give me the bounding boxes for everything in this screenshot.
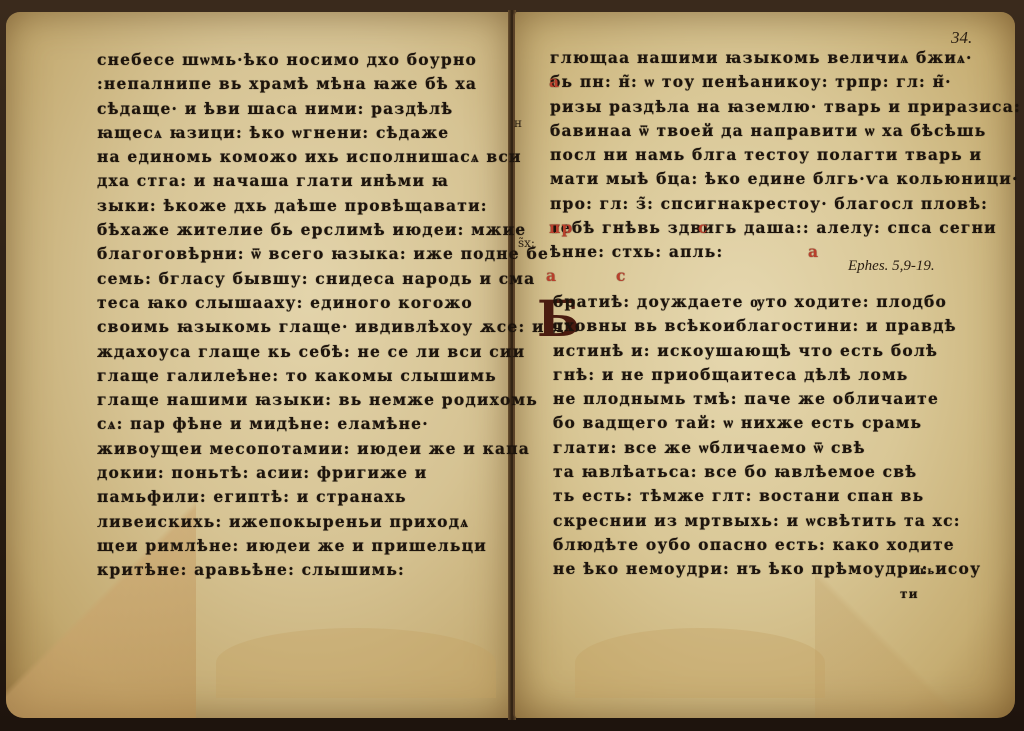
text-line: :непалнипе вь храмѣ мѣна ꙗже бѣ ха [97, 72, 581, 96]
text-line: дха стга: и начаша глати инѣми ꙗ [97, 169, 581, 193]
text-line: бавинаа ѿ твоей да направити ѡ ха бѣсѣшь [550, 119, 1024, 143]
catchword: ти [900, 582, 919, 606]
text-line: щеи римлѣне: июдеи же и пришельци [97, 534, 581, 558]
text-line: гнѣ: и не приобщаитеса дѣлѣ ломь [553, 363, 981, 387]
water-stain [575, 628, 825, 698]
text-line: глющаа нашими ꙗзыкомь величиѧ бжиѧ· [550, 46, 1024, 70]
text-line: ждахоуса глаще кь себѣ: не се ли вси сии [97, 340, 581, 364]
rubric-letter: а [546, 264, 557, 288]
text-line: про: гл: з̃: спсигнакрестоу· благосл пло… [550, 192, 1024, 216]
text-line: на единомь коможо ихь исполнишасѧ вси [97, 145, 581, 169]
text-line: бь пн: н̃: ѡ тоу пенѣаникоу: трпр: гл: н… [550, 70, 1024, 94]
folio-number: 34. [951, 28, 972, 48]
rubric-letter: а [808, 240, 819, 264]
margin-mark: н [514, 116, 522, 130]
text-line: ꙗщесѧ ꙗзици: ѣко ѡгнени: сѣдаже [97, 121, 581, 145]
open-manuscript: снебесе шѡмь·ѣко носимо дхо боурно :непа… [0, 0, 1024, 731]
text-line: живоущеи месопотамии: июдеи же и капа [97, 437, 581, 461]
text-line: памьфили: египтѣ: и странахь [97, 485, 581, 509]
rubric-letter: с [616, 264, 627, 288]
text-line: зыки: ѣкоже дхь даѣше провѣщавати: [97, 194, 581, 218]
text-line: снебесе шѡмь·ѣко носимо дхо боурно [97, 48, 581, 72]
text-line: бо вадщего тай: ѡ нихже есть срамь [553, 411, 981, 435]
text-line: ризы раздѣла на ꙗземлю· тварь и приразис… [550, 95, 1024, 119]
rubric-letter: а [549, 70, 560, 94]
text-line: скреснии из мртвыхь: и ѡсвѣтить та хс: [553, 509, 981, 533]
text-line: та ꙗвлѣатьса: все бо ꙗвлѣемое свѣ [553, 460, 981, 484]
text-line: ливеискихь: ижепокыреньи приходѧ [97, 510, 581, 534]
text-line: блюдѣте оубо опасно есть: како ходите [553, 533, 981, 557]
text-line: не плоднымь тмѣ: паче же обличаите [553, 387, 981, 411]
scripture-reference-annotation: Ephes. 5,9-19. [848, 258, 935, 275]
text-line: тебѣ гнѣвь здвигь даша:: алелу: спса сег… [550, 216, 1024, 240]
text-line: дховны вь всѣкоиблагостини: и правдѣ [553, 314, 981, 338]
text-line: глаще галилеѣне: то какомы слышимь [97, 364, 581, 388]
text-line: бѣхаже жителие бь ерслимѣ июдеи: мжие [97, 218, 581, 242]
margin-mark: ѕ̃х: [518, 236, 535, 250]
text-line: своимь ꙗзыкомь глаще· ивдивлѣхоу ѫсе: и … [97, 315, 581, 339]
water-stain [216, 628, 496, 698]
text-line: благоговѣрни: ѿ всего ꙗзыка: иже подне б… [97, 242, 581, 266]
text-line: докии: поньтѣ: асии: фригиже и [97, 461, 581, 485]
text-line: ѣнне: стхь: апль: [550, 240, 1024, 264]
text-line: теса ꙗко слышааху: единого когожо [97, 291, 581, 315]
text-line: ть есть: тѣмже глт: востани спан вь [553, 484, 981, 508]
text-line: не ѣко немоудри: нъ ѣко прѣмоудри: исоу [553, 557, 981, 581]
rubric-letter: с [698, 216, 709, 240]
text-line: мати мыѣ бца: ѣко едине блгь·ѵа кольюниц… [550, 167, 1024, 191]
text-line: истинѣ и: искоушающѣ что есть болѣ [553, 339, 981, 363]
text-line: сѣдаще· и ѣви шаса ними: раздѣлѣ [97, 97, 581, 121]
text-line: критѣне: аравьѣне: слышимь: [97, 558, 581, 582]
rubric-letter: пр [549, 216, 574, 240]
text-line: семь: бгласу бывшу: снидеса народь и сма [97, 267, 581, 291]
right-page-text-top: глющаа нашими ꙗзыкомь величиѧ бжиѧ· бь п… [550, 46, 1024, 265]
right-page-text-bottom: братиѣ: доуждаете ѹто ходите: плодбо дхо… [553, 290, 981, 582]
text-line: глаще нашими ꙗзыки: вь немже родихомь [97, 388, 581, 412]
catchword: гь [920, 560, 935, 584]
text-line: сѧ: пар фѣне и мидѣне: еламѣне· [97, 412, 581, 436]
text-line: глати: все же ѡбличаемо ѿ свѣ [553, 436, 981, 460]
left-page-text: снебесе шѡмь·ѣко носимо дхо боурно :непа… [97, 48, 581, 583]
text-line: посл ни намь блга тестоу полагти тварь и [550, 143, 1024, 167]
text-line: братиѣ: доуждаете ѹто ходите: плодбо [553, 290, 981, 314]
